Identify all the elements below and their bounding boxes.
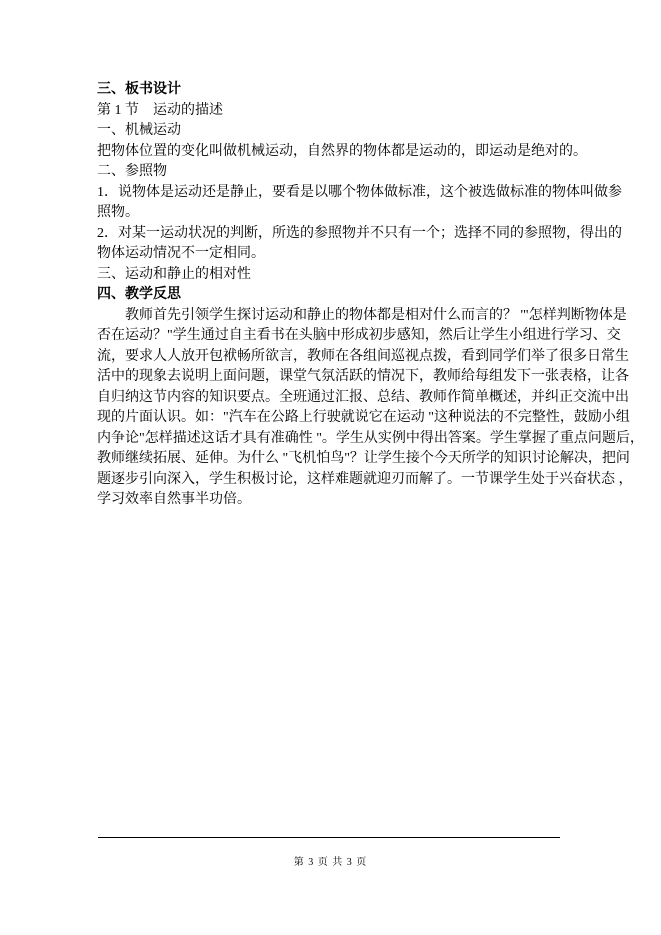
text-line: 1．说物体是运动还是静止，要看是以哪个物体做标准，这个被选做标准的物体叫做参 [97, 183, 572, 204]
text-line: 活中的现象去说明上面问题，课堂气氛活跃的情况下，教师给每组发下一张表格，让各 [97, 367, 572, 388]
footer-divider [98, 837, 560, 838]
text-line: 学习效率自然事半功倍。 [97, 490, 572, 511]
text-line: 把物体位置的变化叫做机械运动，自然界的物体都是运动的，即运动是绝对的。 [97, 142, 572, 163]
text-line: 题逐步引向深入，学生积极讨论，这样难题就迎刃而解了。一节课学生处于兴奋状态 ， [97, 470, 572, 491]
text-line: 现的片面认识。如："汽车在公路上行驶就说它在运动 "这种说法的不完整性，鼓励小组 [97, 408, 572, 429]
text-line: 照物。 [97, 203, 572, 224]
heading-blackboard-design: 三、板书设计 [97, 80, 572, 101]
subheading-relativity-of-motion: 三、运动和静止的相对性 [97, 265, 572, 286]
document-page: 三、板书设计 第 1 节 运动的描述 一、机械运动 把物体位置的变化叫做机械运动… [0, 0, 661, 935]
text-line: 否在运动？"学生通过自主看书在头脑中形成初步感知，然后让学生小组进行学习、交 [97, 326, 572, 347]
text-line: 教师首先引领学生探讨运动和静止的物体都是相对什么而言的？ '"怎样判断物体是 [97, 306, 572, 327]
text-line: 物体运动情况不一定相同。 [97, 244, 572, 265]
heading-teaching-reflection: 四、教学反思 [97, 285, 572, 306]
text-line: 2．对某一运动状况的判断，所选的参照物并不只有一个；选择不同的参照物，得出的 [97, 224, 572, 245]
subheading-reference-object: 二、参照物 [97, 162, 572, 183]
document-body: 三、板书设计 第 1 节 运动的描述 一、机械运动 把物体位置的变化叫做机械运动… [97, 80, 572, 511]
text-line: 内争论"怎样描述这话才具有准确性 "。学生从实例中得出答案。学生掌握了重点问题后… [97, 429, 572, 450]
section-title-line: 第 1 节 运动的描述 [97, 101, 572, 122]
subheading-mechanical-motion: 一、机械运动 [97, 121, 572, 142]
text-line: 自归纳这节内容的知识要点。全班通过汇报、总结、教师作简单概述，并纠正交流中出 [97, 388, 572, 409]
text-line: 教师继续拓展、延伸。为什么 "飞机怕鸟"？让学生接个今天所学的知识讨论解决，把问 [97, 449, 572, 470]
page-number: 第 3 页 共 3 页 [0, 853, 661, 868]
text-line: 流，要求人人放开包袱畅所欲言，教师在各组间巡视点拨，看到同学们举了很多日常生 [97, 347, 572, 368]
